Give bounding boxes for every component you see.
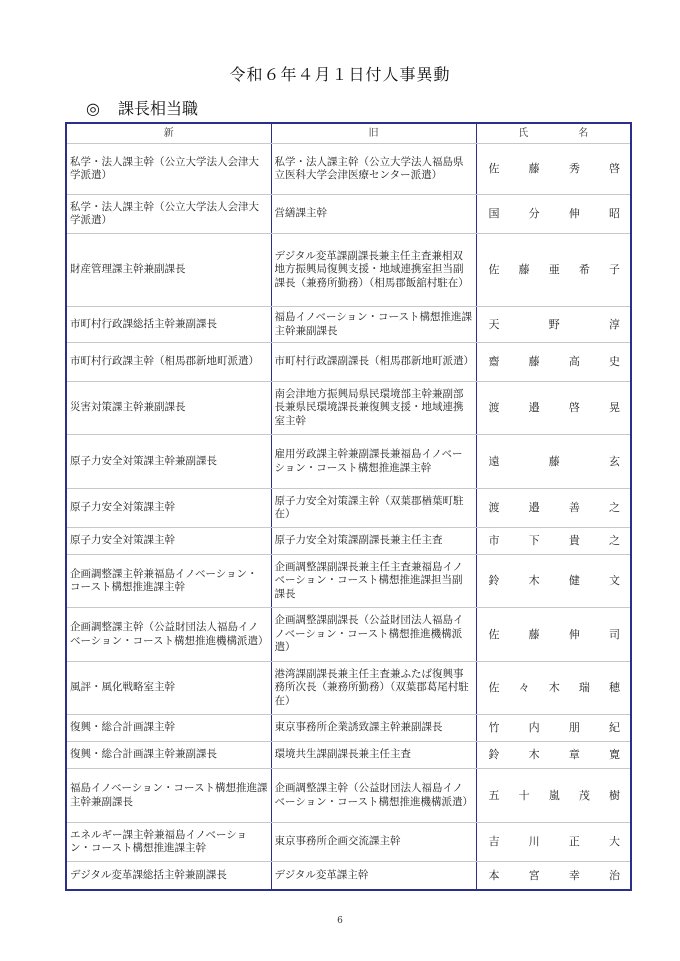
name-character: 治 bbox=[609, 869, 620, 883]
name-character: 伸 bbox=[569, 207, 580, 221]
name-character: 紀 bbox=[609, 721, 620, 735]
new-position-cell: 復興・総合計画課主幹兼副課長 bbox=[66, 742, 271, 769]
name-cell: 市下貴之 bbox=[476, 528, 631, 555]
name-character: 史 bbox=[609, 355, 620, 369]
table-row: 財産管理課主幹兼副課長デジタル変革課副課長兼主任主査兼相双地方振興局復興支援・地… bbox=[66, 234, 631, 307]
new-position-cell: エネルギー課主幹兼福島イノベーション・コースト構想推進課主幹 bbox=[66, 823, 271, 862]
name-character: 藤 bbox=[519, 263, 530, 277]
name-character: 之 bbox=[609, 501, 620, 515]
table-row: 福島イノベーション・コースト構想推進課主幹兼副課長企画調整課主幹（公益財団法人福… bbox=[66, 769, 631, 823]
name-cell: 吉川正大 bbox=[476, 823, 631, 862]
name-character: 木 bbox=[529, 574, 540, 588]
old-position-cell: 東京事務所企画交流課主幹 bbox=[271, 823, 476, 862]
new-position-cell: 原子力安全対策課主幹 bbox=[66, 489, 271, 528]
name-cell: 渡邉啓晃 bbox=[476, 382, 631, 435]
table-row: 企画調整課主幹（公益財団法人福島イノベーション・コースト構想推進機構派遣）企画調… bbox=[66, 608, 631, 662]
name-character: 木 bbox=[529, 748, 540, 762]
name-character: 善 bbox=[569, 501, 580, 515]
double-circle-icon: ◎ bbox=[86, 99, 100, 118]
new-position-cell: 市町村行政課総括主幹兼副課長 bbox=[66, 307, 271, 343]
name-cell: 五十嵐茂樹 bbox=[476, 769, 631, 823]
old-position-cell: 南会津地方振興局県民環境部主幹兼副部長兼県民環境課長兼復興支援・地域連携室主幹 bbox=[271, 382, 476, 435]
name-cell: 佐藤亜希子 bbox=[476, 234, 631, 307]
new-position-cell: 原子力安全対策課主幹 bbox=[66, 528, 271, 555]
name-character: 分 bbox=[529, 207, 540, 221]
new-position-cell: 市町村行政課主幹（相馬郡新地町派遣） bbox=[66, 343, 271, 382]
name-character: 昭 bbox=[609, 207, 620, 221]
name-character: 朋 bbox=[569, 721, 580, 735]
name-character: 茂 bbox=[579, 789, 590, 803]
name-character: 亜 bbox=[549, 263, 560, 277]
old-position-cell: 東京事務所企業誘致課主幹兼副課長 bbox=[271, 715, 476, 742]
table-row: 風評・風化戦略室主幹港湾課副課長兼主任主査兼ふたば復興事務所次長（兼務所勤務）（… bbox=[66, 662, 631, 715]
old-position-cell: デジタル変革課主幹 bbox=[271, 862, 476, 890]
table-row: 原子力安全対策課主幹原子力安全対策課主幹（双葉郡楢葉町駐在）渡邉善之 bbox=[66, 489, 631, 528]
name-character: 文 bbox=[609, 574, 620, 588]
name-character: 々 bbox=[519, 681, 530, 695]
name-character: 幸 bbox=[569, 869, 580, 883]
name-character: 竹 bbox=[489, 721, 500, 735]
name-character: 鈴 bbox=[489, 574, 500, 588]
new-position-cell: 私学・法人課主幹（公立大学法人会津大学派遣） bbox=[66, 195, 271, 234]
table-row: 原子力安全対策課主幹兼副課長雇用労政課主幹兼副課長兼福島イノベーション・コースト… bbox=[66, 435, 631, 489]
new-position-cell: 原子力安全対策課主幹兼副課長 bbox=[66, 435, 271, 489]
name-cell: 齋藤高史 bbox=[476, 343, 631, 382]
new-position-cell: 私学・法人課主幹（公立大学法人会津大学派遣） bbox=[66, 144, 271, 195]
new-position-cell: 企画調整課主幹兼福島イノベーション・コースト構想推進課主幹 bbox=[66, 555, 271, 608]
name-character: 啓 bbox=[569, 401, 580, 415]
table-row: 私学・法人課主幹（公立大学法人会津大学派遣）営繕課主幹国分伸昭 bbox=[66, 195, 631, 234]
name-cell: 国分伸昭 bbox=[476, 195, 631, 234]
name-character: 嵐 bbox=[549, 789, 560, 803]
name-character: 玄 bbox=[609, 455, 620, 469]
old-position-cell: 企画調整課副課長兼主任主査兼福島イノベーション・コースト構想推進課担当副課長 bbox=[271, 555, 476, 608]
table-row: 私学・法人課主幹（公立大学法人会津大学派遣）私学・法人課主幹（公立大学法人福島県… bbox=[66, 144, 631, 195]
old-position-cell: デジタル変革課副課長兼主任主査兼相双地方振興局復興支援・地域連携室担当副課長（兼… bbox=[271, 234, 476, 307]
old-position-cell: 原子力安全対策課副課長兼主任主査 bbox=[271, 528, 476, 555]
name-character: 佐 bbox=[489, 162, 500, 176]
name-cell: 天野淳 bbox=[476, 307, 631, 343]
old-position-cell: 営繕課主幹 bbox=[271, 195, 476, 234]
page-number: 6 bbox=[0, 916, 680, 926]
name-character: 内 bbox=[529, 721, 540, 735]
name-character: 宮 bbox=[529, 869, 540, 883]
name-character: 木 bbox=[549, 681, 560, 695]
name-character: 章 bbox=[569, 748, 580, 762]
name-character: 下 bbox=[529, 534, 540, 548]
name-character: 市 bbox=[489, 534, 500, 548]
name-character: 渡 bbox=[489, 501, 500, 515]
new-position-cell: 福島イノベーション・コースト構想推進課主幹兼副課長 bbox=[66, 769, 271, 823]
name-cell: 佐々木瑞穂 bbox=[476, 662, 631, 715]
name-character: 司 bbox=[609, 628, 620, 642]
document-title: 令和６年４月１日付人事異動 bbox=[0, 62, 680, 85]
name-cell: 渡邉善之 bbox=[476, 489, 631, 528]
name-character: 伸 bbox=[569, 628, 580, 642]
name-character: 佐 bbox=[489, 628, 500, 642]
old-position-cell: 私学・法人課主幹（公立大学法人福島県立医科大学会津医療センター派遣） bbox=[271, 144, 476, 195]
name-character: 邉 bbox=[529, 501, 540, 515]
name-character: 穂 bbox=[609, 681, 620, 695]
name-cell: 佐藤秀啓 bbox=[476, 144, 631, 195]
name-character: 佐 bbox=[489, 263, 500, 277]
table-row: 企画調整課主幹兼福島イノベーション・コースト構想推進課主幹企画調整課副課長兼主任… bbox=[66, 555, 631, 608]
name-character: 天 bbox=[489, 318, 500, 332]
name-character: 藤 bbox=[549, 455, 560, 469]
old-position-cell: 企画調整課副課長（公益財団法人福島イノベーション・コースト構想推進機構派遣） bbox=[271, 608, 476, 662]
name-cell: 佐藤伸司 bbox=[476, 608, 631, 662]
name-character: 子 bbox=[609, 263, 620, 277]
name-character: 寛 bbox=[609, 748, 620, 762]
name-character: 吉 bbox=[489, 835, 500, 849]
old-position-cell: 環境共生課副課長兼主任主査 bbox=[271, 742, 476, 769]
new-position-cell: 復興・総合計画課主幹 bbox=[66, 715, 271, 742]
name-character: 高 bbox=[569, 355, 580, 369]
header-new-position: 新 bbox=[66, 123, 271, 144]
name-character: 渡 bbox=[489, 401, 500, 415]
name-character: 瑞 bbox=[579, 681, 590, 695]
name-cell: 鈴木健文 bbox=[476, 555, 631, 608]
table-row: 災害対策課主幹兼副課長南会津地方振興局県民環境部主幹兼副部長兼県民環境課長兼復興… bbox=[66, 382, 631, 435]
new-position-cell: 風評・風化戦略室主幹 bbox=[66, 662, 271, 715]
table-row: 復興・総合計画課主幹兼副課長環境共生課副課長兼主任主査鈴木章寛 bbox=[66, 742, 631, 769]
name-character: 正 bbox=[569, 835, 580, 849]
new-position-cell: 財産管理課主幹兼副課長 bbox=[66, 234, 271, 307]
header-name: 氏 名 bbox=[476, 123, 631, 144]
old-position-cell: 港湾課副課長兼主任主査兼ふたば復興事務所次長（兼務所勤務）（双葉郡葛尾村駐在） bbox=[271, 662, 476, 715]
name-cell: 竹内朋紀 bbox=[476, 715, 631, 742]
name-character: 齋 bbox=[489, 355, 500, 369]
name-character: 啓 bbox=[609, 162, 620, 176]
name-character: 十 bbox=[519, 789, 530, 803]
table-row: 市町村行政課主幹（相馬郡新地町派遣）市町村行政課副課長（相馬郡新地町派遣）齋藤高… bbox=[66, 343, 631, 382]
table-row: 市町村行政課総括主幹兼副課長福島イノベーション・コースト構想推進課主幹兼副課長天… bbox=[66, 307, 631, 343]
name-character: 本 bbox=[489, 869, 500, 883]
name-character: 遠 bbox=[489, 455, 500, 469]
old-position-cell: 福島イノベーション・コースト構想推進課主幹兼副課長 bbox=[271, 307, 476, 343]
table-row: 復興・総合計画課主幹東京事務所企業誘致課主幹兼副課長竹内朋紀 bbox=[66, 715, 631, 742]
table-row: デジタル変革課総括主幹兼副課長デジタル変革課主幹本宮幸治 bbox=[66, 862, 631, 890]
name-character: 川 bbox=[529, 835, 540, 849]
new-position-cell: デジタル変革課総括主幹兼副課長 bbox=[66, 862, 271, 890]
old-position-cell: 雇用労政課主幹兼副課長兼福島イノベーション・コースト構想推進課主幹 bbox=[271, 435, 476, 489]
name-character: 秀 bbox=[569, 162, 580, 176]
name-character: 国 bbox=[489, 207, 500, 221]
old-position-cell: 原子力安全対策課主幹（双葉郡楢葉町駐在） bbox=[271, 489, 476, 528]
name-character: 藤 bbox=[529, 162, 540, 176]
name-character: 樹 bbox=[609, 789, 620, 803]
name-character: 五 bbox=[489, 789, 500, 803]
name-cell: 遠藤玄 bbox=[476, 435, 631, 489]
name-character: 希 bbox=[579, 263, 590, 277]
old-position-cell: 市町村行政課副課長（相馬郡新地町派遣） bbox=[271, 343, 476, 382]
name-character: 淳 bbox=[609, 318, 620, 332]
name-character: 貴 bbox=[569, 534, 580, 548]
name-cell: 鈴木章寛 bbox=[476, 742, 631, 769]
new-position-cell: 企画調整課主幹（公益財団法人福島イノベーション・コースト構想推進機構派遣） bbox=[66, 608, 271, 662]
table-header-row: 新 旧 氏 名 bbox=[66, 123, 631, 144]
new-position-cell: 災害対策課主幹兼副課長 bbox=[66, 382, 271, 435]
section-label: 課長相当職 bbox=[118, 99, 198, 118]
name-character: 藤 bbox=[529, 628, 540, 642]
personnel-transfer-table: 新 旧 氏 名 私学・法人課主幹（公立大学法人会津大学派遣）私学・法人課主幹（公… bbox=[65, 122, 632, 891]
header-old-position: 旧 bbox=[271, 123, 476, 144]
name-character: 晃 bbox=[609, 401, 620, 415]
name-character: 野 bbox=[549, 318, 560, 332]
name-cell: 本宮幸治 bbox=[476, 862, 631, 890]
table-row: 原子力安全対策課主幹原子力安全対策課副課長兼主任主査市下貴之 bbox=[66, 528, 631, 555]
name-character: 健 bbox=[569, 574, 580, 588]
name-character: 大 bbox=[609, 835, 620, 849]
section-heading: ◎課長相当職 bbox=[86, 96, 198, 119]
old-position-cell: 企画調整課主幹（公益財団法人福島イノベーション・コースト構想推進機構派遣） bbox=[271, 769, 476, 823]
name-character: 佐 bbox=[489, 681, 500, 695]
name-character: 藤 bbox=[529, 355, 540, 369]
table-row: エネルギー課主幹兼福島イノベーション・コースト構想推進課主幹東京事務所企画交流課… bbox=[66, 823, 631, 862]
name-character: 邉 bbox=[529, 401, 540, 415]
name-character: 之 bbox=[609, 534, 620, 548]
name-character: 鈴 bbox=[489, 748, 500, 762]
